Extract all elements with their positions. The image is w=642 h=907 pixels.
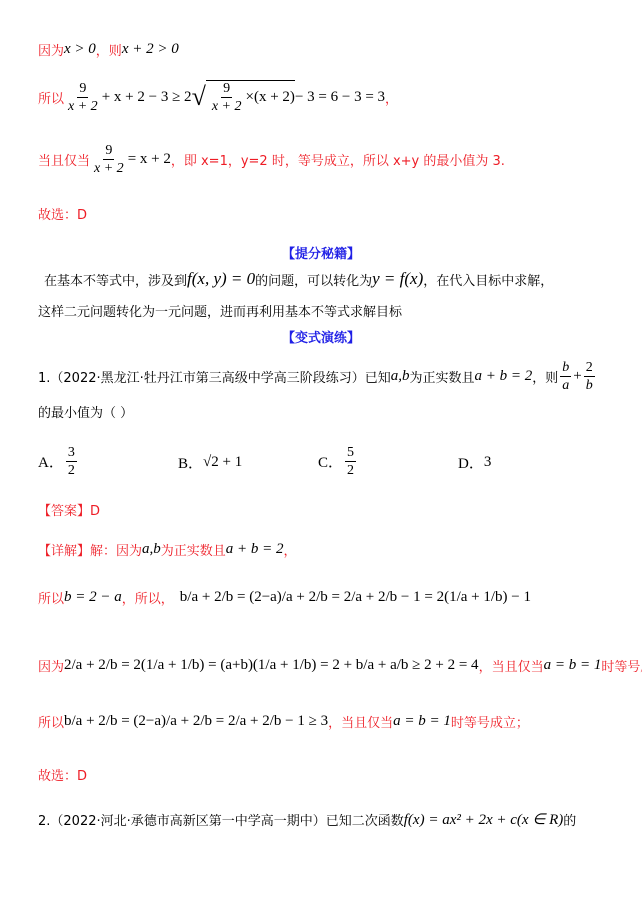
text: 当且仅当 bbox=[38, 150, 90, 169]
text: ，则 bbox=[532, 367, 558, 386]
numerator: b bbox=[560, 360, 571, 377]
text: 所以 bbox=[38, 588, 64, 607]
text: 的 bbox=[563, 810, 576, 829]
denominator: x + 2 bbox=[210, 98, 244, 114]
fraction: 5 2 bbox=[345, 445, 356, 479]
denominator: 2 bbox=[345, 462, 356, 478]
text: 时等号成立； bbox=[451, 712, 529, 731]
text: 【详解】解：因为 bbox=[38, 540, 142, 559]
text: 所以 bbox=[38, 88, 64, 107]
math: + bbox=[573, 368, 581, 385]
option-label: D． bbox=[458, 452, 484, 473]
math: a = b = 1 bbox=[393, 713, 451, 730]
math: b/a + 2/b = (2−a)/a + 2/b = 2/a + 2/b − … bbox=[180, 589, 531, 606]
text: ，即 x=1，y=2 时，等号成立，所以 x+y 的最小值为 3. bbox=[171, 150, 505, 169]
denominator: a bbox=[560, 377, 571, 393]
choice-line-q1: 故选：D bbox=[38, 765, 87, 784]
solution-line-1: 因为 x > 0 ，则 x + 2 > 0 bbox=[38, 40, 179, 59]
sqrt: √ 9 x + 2 ×(x + 2) bbox=[192, 80, 295, 115]
math: f(x) = ax² + 2x + c(x ∈ R) bbox=[404, 810, 564, 829]
math: ×(x + 2) bbox=[246, 89, 295, 106]
fraction: b a bbox=[560, 360, 571, 394]
numerator: 5 bbox=[345, 445, 356, 462]
numerator: 3 bbox=[66, 445, 77, 462]
text: ，则 bbox=[96, 40, 122, 59]
fraction: 9 x + 2 bbox=[66, 81, 100, 115]
detail-step-3: 所以 b/a + 2/b = (2−a)/a + 2/b = 2/a + 2/b… bbox=[38, 712, 529, 731]
fraction: 3 2 bbox=[66, 445, 77, 479]
numerator: 9 bbox=[221, 81, 232, 98]
math: = x + 2 bbox=[128, 151, 171, 168]
text: ，所以， bbox=[122, 588, 174, 607]
fraction: 9 x + 2 bbox=[92, 143, 126, 177]
math: b/a + 2/b = (2−a)/a + 2/b = 2/a + 2/b − … bbox=[64, 713, 328, 730]
option-label: B． bbox=[178, 452, 203, 473]
option-a[interactable]: A． 3 2 bbox=[38, 445, 79, 479]
option-label: C． bbox=[318, 451, 343, 472]
radical-sign: √ bbox=[192, 84, 206, 110]
practice-heading: 【变式演练】 bbox=[0, 327, 642, 346]
question-1-stem: 1.（2022·黑龙江·牡丹江市第三高级中学高三阶段练习）已知 a,b 为正实数… bbox=[38, 360, 597, 394]
math: f(x, y) = 0 bbox=[187, 269, 255, 289]
math: y = f(x) bbox=[372, 269, 423, 289]
text: ，当且仅当 bbox=[328, 712, 393, 731]
denominator: 2 bbox=[66, 462, 77, 478]
option-value: √2 + 1 bbox=[203, 454, 242, 471]
solution-line-2: 所以 9 x + 2 + x + 2 − 3 ≥ 2 √ 9 x + 2 ×(x… bbox=[38, 80, 398, 115]
denominator: x + 2 bbox=[66, 98, 100, 114]
text: 为正实数且 bbox=[410, 367, 475, 386]
text: ， bbox=[284, 540, 297, 559]
radicand: 9 x + 2 ×(x + 2) bbox=[206, 80, 295, 115]
math: b = 2 − a bbox=[64, 589, 122, 606]
detail-step-2: 因为 2/a + 2/b = 2(1/a + 1/b) = (a+b)(1/a … bbox=[38, 656, 642, 675]
option-c[interactable]: C． 5 2 bbox=[318, 445, 358, 479]
text: ，在代入目标中求解， bbox=[423, 270, 553, 289]
math: + x + 2 − 3 ≥ 2 bbox=[102, 89, 192, 106]
detail-step-1: 所以 b = 2 − a ，所以， b/a + 2/b = (2−a)/a + … bbox=[38, 588, 531, 607]
tips-heading: 【提分秘籍】 bbox=[0, 243, 642, 262]
math: x > 0 bbox=[64, 41, 96, 58]
option-d[interactable]: D． 3 bbox=[458, 452, 491, 473]
fraction: 2 b bbox=[584, 360, 595, 394]
numerator: 9 bbox=[103, 143, 114, 160]
numerator: 2 bbox=[584, 360, 595, 377]
tips-line-1: 在基本不等式中，涉及到 f(x, y) = 0 的问题，可以转化为 y = f(… bbox=[44, 269, 553, 289]
text: 所以 bbox=[38, 712, 64, 731]
denominator: x + 2 bbox=[92, 160, 126, 176]
question-1-stem-2: 的最小值为（ ） bbox=[38, 402, 133, 421]
math: a + b = 2 bbox=[226, 541, 284, 558]
text: ，当且仅当 bbox=[479, 656, 544, 675]
choice-line: 故选：D bbox=[38, 204, 87, 223]
fraction: 9 x + 2 bbox=[210, 81, 244, 115]
text: 时等号成立； bbox=[601, 656, 642, 675]
math: a,b bbox=[391, 368, 410, 385]
math: 2/a + 2/b = 2(1/a + 1/b) = (a+b)(1/a + 1… bbox=[64, 657, 479, 674]
text: 的问题，可以转化为 bbox=[255, 270, 372, 289]
math: a + b = 2 bbox=[475, 368, 533, 385]
question-2-stem: 2.（2022·河北·承德市高新区第一中学高一期中）已知二次函数 f(x) = … bbox=[38, 810, 576, 829]
denominator: b bbox=[584, 377, 595, 393]
option-b[interactable]: B． √2 + 1 bbox=[178, 452, 242, 473]
math: − 3 = 6 − 3 = 3 bbox=[295, 89, 385, 106]
math: a,b bbox=[142, 541, 161, 558]
solution-line-3: 当且仅当 9 x + 2 = x + 2 ，即 x=1，y=2 时，等号成立，所… bbox=[38, 143, 505, 177]
text: 因为 bbox=[38, 40, 64, 59]
answer-line: 【答案】D bbox=[38, 500, 100, 519]
numerator: 9 bbox=[77, 81, 88, 98]
text: 2.（2022·河北·承德市高新区第一中学高一期中）已知二次函数 bbox=[38, 810, 404, 829]
math: a = b = 1 bbox=[544, 657, 602, 674]
text: ， bbox=[385, 88, 398, 107]
text: 在基本不等式中，涉及到 bbox=[44, 270, 187, 289]
text: 1.（2022·黑龙江·牡丹江市第三高级中学高三阶段练习）已知 bbox=[38, 367, 391, 386]
option-label: A． bbox=[38, 451, 64, 472]
detail-line: 【详解】解：因为 a,b 为正实数且 a + b = 2 ， bbox=[38, 540, 297, 559]
text: 为正实数且 bbox=[161, 540, 226, 559]
math: x + 2 > 0 bbox=[122, 41, 179, 58]
tips-line-2: 这样二元问题转化为一元问题，进而再利用基本不等式求解目标 bbox=[38, 301, 402, 320]
text: 因为 bbox=[38, 656, 64, 675]
option-value: 3 bbox=[484, 454, 492, 471]
